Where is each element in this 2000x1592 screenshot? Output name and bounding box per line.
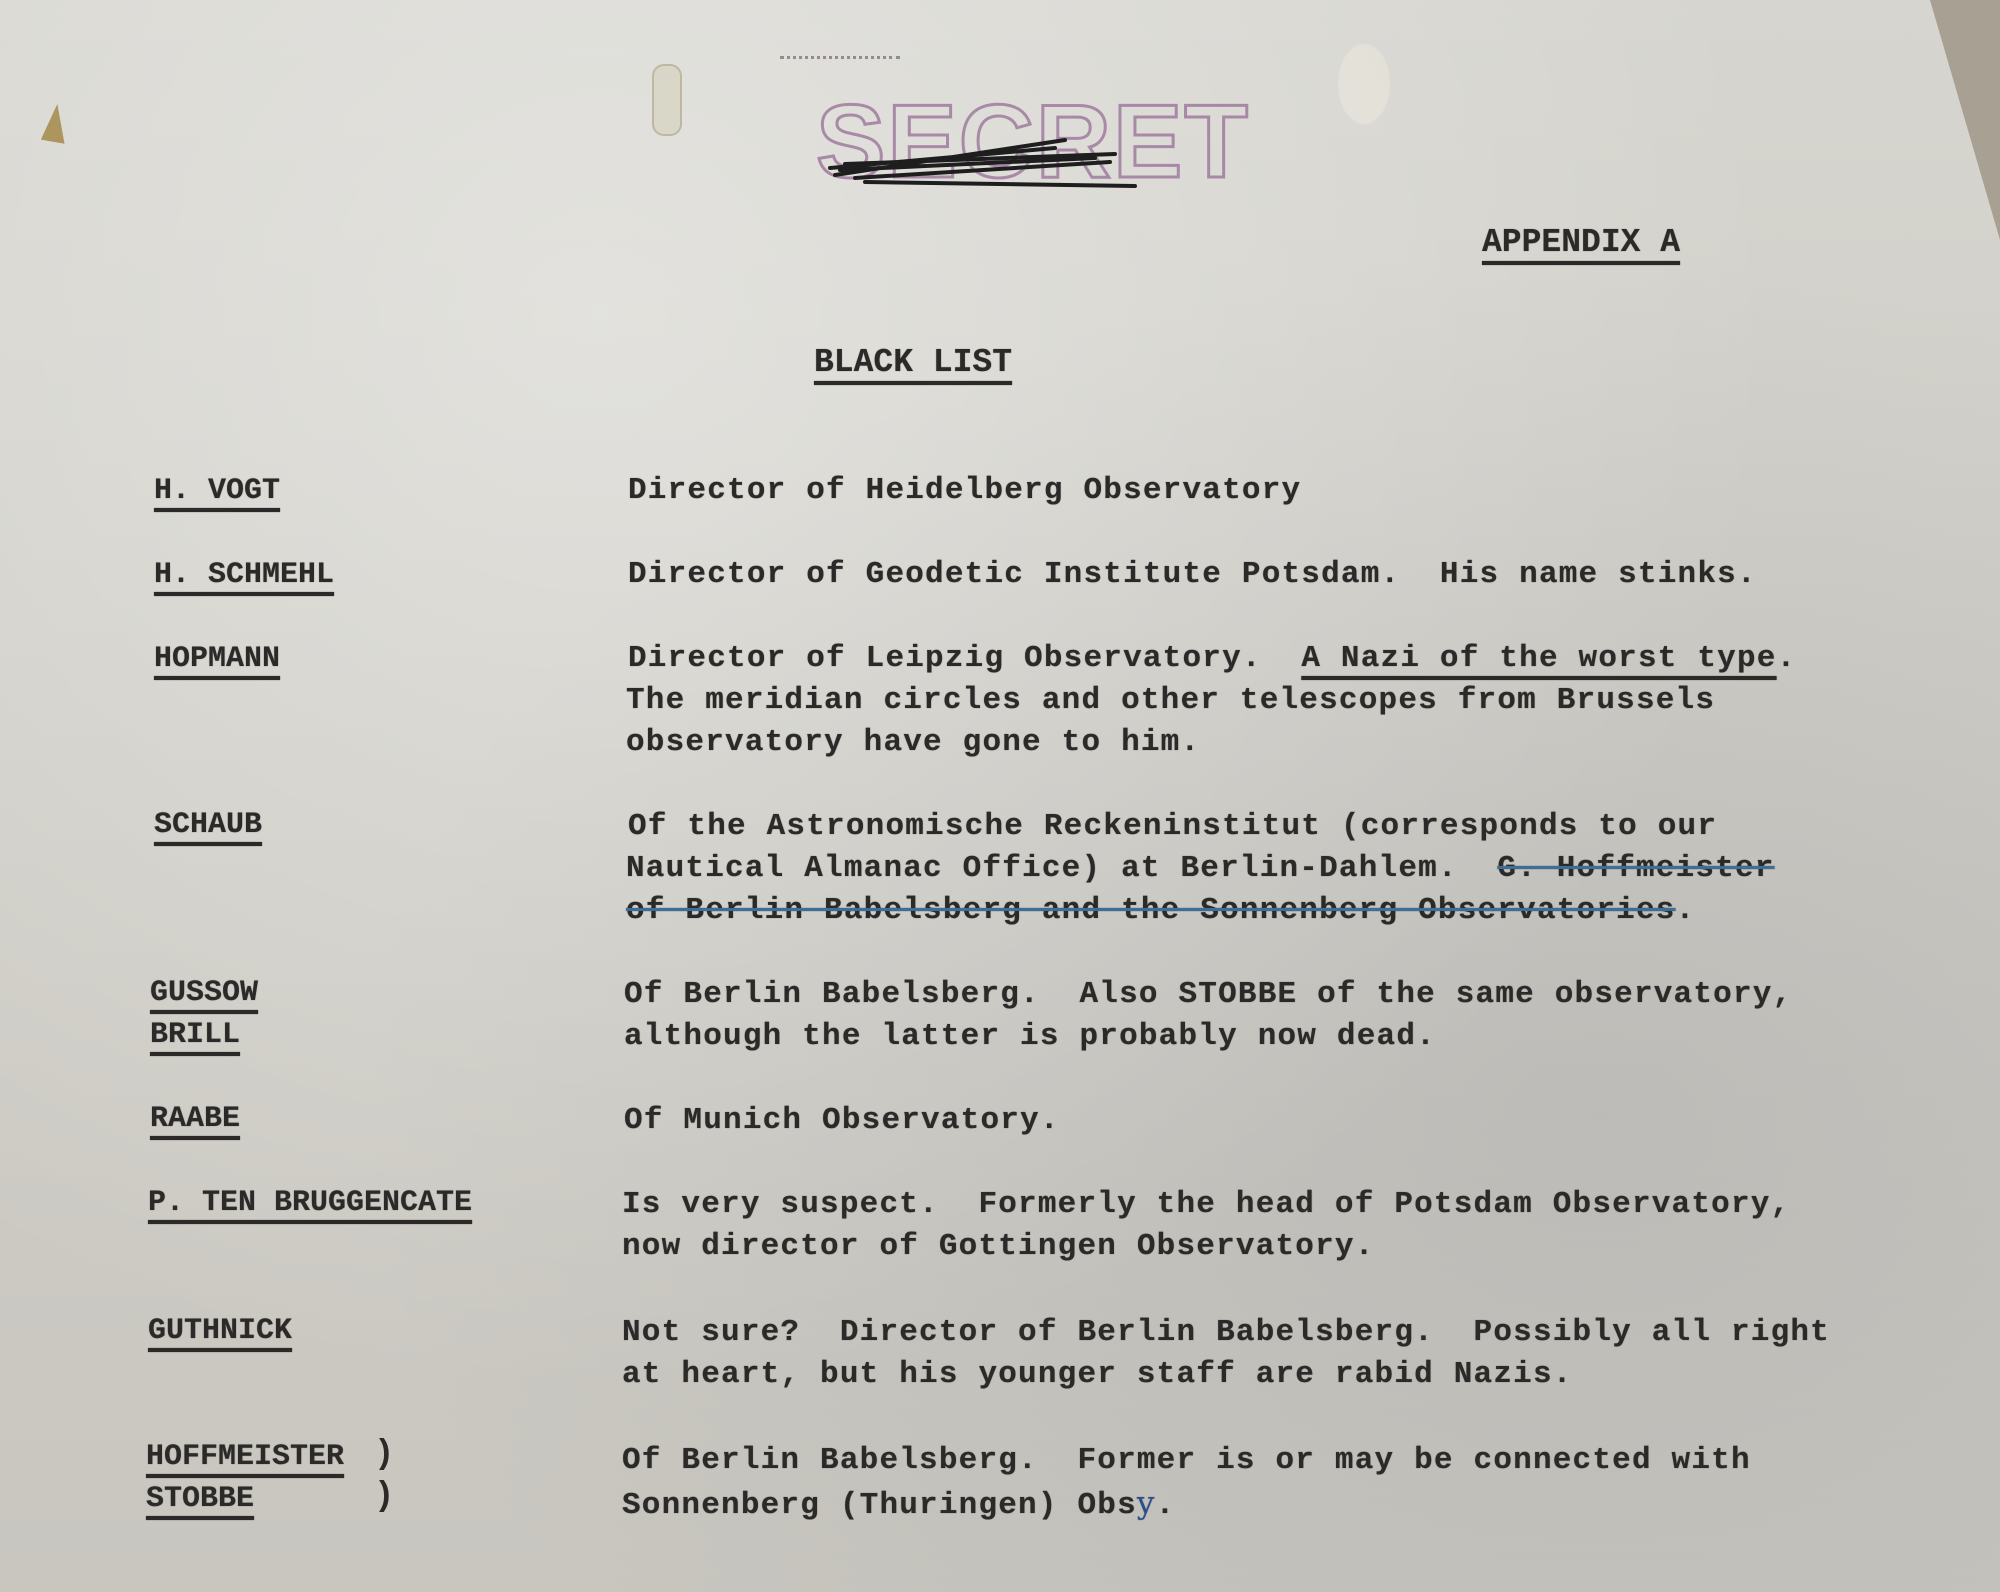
- entry-name-guthnick: GUTHNICK: [148, 1314, 292, 1348]
- entry-name-hopmann: HOPMANN: [154, 642, 280, 676]
- pen-mark: [780, 56, 900, 62]
- punch-hole: [652, 64, 682, 136]
- entry-description: Of Berlin Babelsberg. Former is or may b…: [622, 1440, 1751, 1482]
- entry-description: The meridian circles and other telescope…: [626, 680, 1715, 722]
- grouping-bracket: ): [374, 1436, 394, 1474]
- handwritten-correction: y: [1137, 1485, 1156, 1521]
- entry-description: Not sure? Director of Berlin Babelsberg.…: [622, 1312, 1830, 1354]
- entry-description: now director of Gottingen Observatory.: [622, 1226, 1375, 1268]
- entry-description: although the latter is probably now dead…: [624, 1016, 1436, 1058]
- entry-description: Sonnenberg (Thuringen) Obsy.: [622, 1482, 1175, 1527]
- entry-description: Director of Geodetic Institute Potsdam. …: [628, 554, 1757, 596]
- underlined-remark: A Nazi of the worst type: [1301, 641, 1776, 676]
- entry-name-vogt: H. VOGT: [154, 474, 280, 508]
- entry-name-schaub: SCHAUB: [154, 808, 262, 842]
- description-text: .: [1777, 641, 1797, 676]
- entry-name-raabe: RAABE: [150, 1102, 240, 1136]
- stamp-scribble-strikeout: [815, 120, 1145, 190]
- entry-description: Director of Heidelberg Observatory: [628, 470, 1301, 512]
- entry-description: Director of Leipzig Observatory. A Nazi …: [628, 638, 1796, 680]
- entry-name-gussow: GUSSOW: [150, 976, 258, 1010]
- entry-name-ten-bruggencate: P. TEN BRUGGENCATE: [148, 1186, 472, 1220]
- entry-description: Is very suspect. Formerly the head of Po…: [622, 1184, 1790, 1226]
- entry-name-hoffmeister: HOFFMEISTER: [146, 1440, 344, 1474]
- entry-name-schmehl: H. SCHMEHL: [154, 558, 334, 592]
- entry-description: at heart, but his younger staff are rabi…: [622, 1354, 1573, 1396]
- description-text: Sonnenberg (Thuringen) Obs: [622, 1488, 1137, 1523]
- struck-out-text: G. Hoffmeister: [1497, 851, 1774, 886]
- entry-description: Nautical Almanac Office) at Berlin-Dahle…: [626, 848, 1775, 890]
- entry-name-stobbe: STOBBE: [146, 1482, 254, 1516]
- entry-description: observatory have gone to him.: [626, 722, 1200, 764]
- paper-blemish: [1338, 44, 1390, 124]
- description-text: Nautical Almanac Office) at Berlin-Dahle…: [626, 851, 1497, 886]
- entry-name-brill: BRILL: [150, 1018, 240, 1052]
- description-text: Director of Leipzig Observatory.: [628, 641, 1301, 676]
- appendix-label: APPENDIX A: [1482, 224, 1680, 261]
- entry-description: of Berlin Babelsberg and the Sonnenberg …: [626, 890, 1695, 932]
- document-title: BLACK LIST: [814, 344, 1012, 381]
- entry-description: Of Munich Observatory.: [624, 1100, 1060, 1142]
- grouping-bracket: ): [374, 1478, 394, 1516]
- struck-out-text: of Berlin Babelsberg and the Sonnenberg …: [626, 893, 1676, 928]
- entry-description: Of Berlin Babelsberg. Also STOBBE of the…: [624, 974, 1792, 1016]
- description-text: .: [1156, 1488, 1176, 1523]
- entry-description: Of the Astronomische Reckeninstitut (cor…: [628, 806, 1717, 848]
- description-text: .: [1676, 893, 1696, 928]
